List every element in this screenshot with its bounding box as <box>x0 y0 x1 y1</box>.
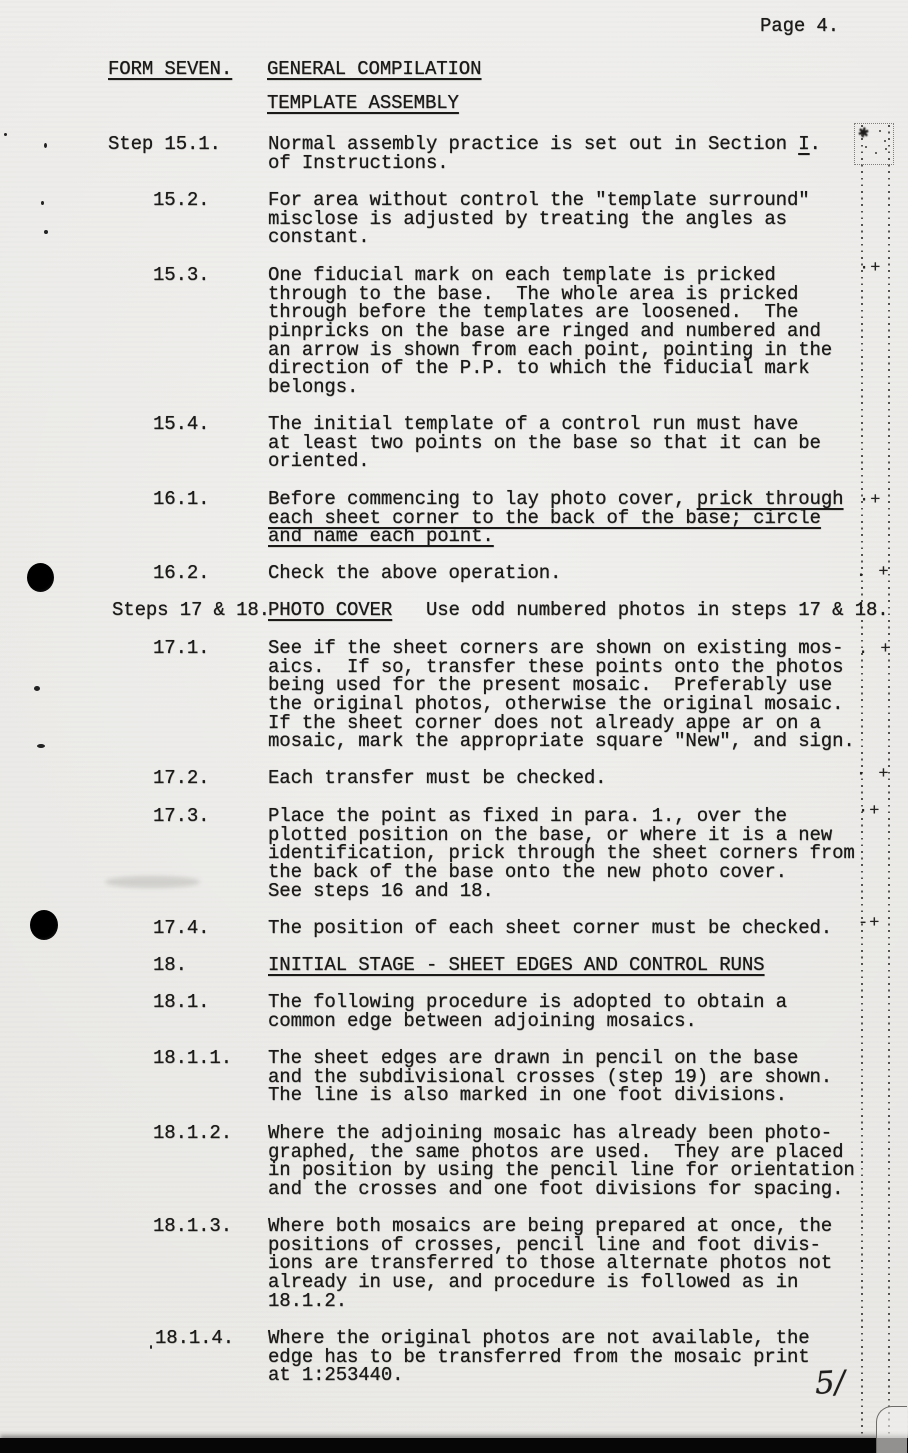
margin-plus-mark: · + <box>856 766 890 785</box>
step-text: Where the adjoining mosaic has already b… <box>268 1124 855 1199</box>
document-title: GENERAL COMPILATION <box>267 60 481 79</box>
step-number: 18.1.1. <box>153 1049 232 1068</box>
step-number: Steps 17 & 18. <box>112 601 270 620</box>
form-label: FORM SEVEN. <box>108 60 232 79</box>
hole-punch <box>27 563 54 592</box>
step-text: One fiducial mark on each template is pr… <box>268 266 832 397</box>
text-segment: already in use, and procedure is followe… <box>268 1271 798 1293</box>
step-number: 17.3. <box>153 807 209 826</box>
ink-speck <box>41 201 44 205</box>
text-segment: See steps 16 and 18. <box>268 880 494 902</box>
text-line: belongs. <box>268 378 832 397</box>
underlined-text: INITIAL STAGE - SHEET EDGES AND CONTROL … <box>268 954 764 976</box>
ink-speck <box>37 744 45 748</box>
step-number: 18.1.2. <box>153 1124 232 1143</box>
step-number: 18. <box>153 956 187 975</box>
step-text: Check the above operation. <box>268 564 561 583</box>
step-text: Normal assembly practice is set out in S… <box>268 135 821 172</box>
step-text: INITIAL STAGE - SHEET EDGES AND CONTROL … <box>268 956 764 975</box>
ink-speck <box>34 686 40 691</box>
scribble-dot <box>879 130 881 132</box>
step-number: 15.3. <box>153 266 209 285</box>
text-segment: . <box>810 133 821 155</box>
scribble-dot <box>885 148 887 150</box>
margin-plus-mark: ·+ <box>858 803 880 822</box>
underlined-text: and name each point. <box>268 525 494 547</box>
text-line: See steps 16 and 18. <box>268 882 855 901</box>
step-number: 18.1.4. <box>155 1329 234 1348</box>
text-segment: at 1:253440. <box>268 1364 403 1386</box>
text-line: mosaic, mark the appropriate square "New… <box>268 732 855 751</box>
step-number: 16.1. <box>153 490 209 509</box>
text-segment: of Instructions. <box>268 152 449 174</box>
ink-speck <box>44 143 47 148</box>
margin-plus-mark: . + <box>856 564 890 583</box>
text-line: The position of each sheet corner must b… <box>268 919 832 938</box>
step-number: Step 15.1. <box>108 135 221 154</box>
step-number: 17.2. <box>153 769 209 788</box>
step-text: The following procedure is adopted to ob… <box>268 993 787 1030</box>
step-text: PHOTO COVER Use odd numbered photos in s… <box>268 601 889 620</box>
text-line: oriented. <box>268 452 821 471</box>
margin-plus-mark: ·+ <box>859 492 881 511</box>
text-line: at 1:253440. <box>268 1366 810 1385</box>
text-segment: Each transfer must be checked. <box>268 767 606 789</box>
hole-punch <box>30 910 58 940</box>
text-line: common edge between adjoining mosaics. <box>268 1012 787 1031</box>
step-text: For area without control the "template s… <box>268 191 810 247</box>
margin-plus-mark: -+ <box>858 915 880 934</box>
text-segment: The line is also marked in one foot divi… <box>268 1084 787 1106</box>
text-segment: Check the above operation. <box>268 562 561 584</box>
scribble-asterisk-mark: ✱ <box>856 124 870 144</box>
pencil-smudge <box>105 876 200 888</box>
step-text: Where the original photos are not availa… <box>268 1329 810 1385</box>
text-segment: constant. <box>268 226 370 248</box>
step-text: Each transfer must be checked. <box>268 769 606 788</box>
page-corner-curl <box>876 1406 907 1453</box>
text-line: and the crosses and one foot divisions f… <box>268 1180 855 1199</box>
step-text: See if the sheet corners are shown on ex… <box>268 639 855 751</box>
text-segment: Use odd numbered photos in steps 17 & 18… <box>392 599 888 621</box>
step-number: 15.4. <box>153 415 209 434</box>
scanned-document-page: Page 4. FORM SEVEN. GENERAL COMPILATION … <box>0 0 908 1453</box>
text-segment: The position of each sheet corner must b… <box>268 917 832 939</box>
text-segment: belongs. <box>268 376 358 398</box>
text-segment: and the crosses and one foot divisions f… <box>268 1178 843 1200</box>
handwritten-page-mark: 5/ <box>815 1373 846 1393</box>
step-number: 18.1. <box>153 993 209 1012</box>
step-number: 17.4. <box>153 919 209 938</box>
scribble-dot <box>875 152 877 154</box>
text-line: PHOTO COVER Use odd numbered photos in s… <box>268 601 889 620</box>
page-number: Page 4. <box>760 17 839 36</box>
margin-plus-mark: . + <box>858 641 892 660</box>
text-line: and name each point. <box>268 527 843 546</box>
text-segment: oriented. <box>268 450 370 472</box>
step-text: Place the point as fixed in para. 1., ov… <box>268 807 855 900</box>
scan-edge-bar <box>0 1438 908 1453</box>
pencil-scribble: ✱ <box>854 123 894 165</box>
text-line: Check the above operation. <box>268 564 561 583</box>
text-line: The line is also marked in one foot divi… <box>268 1086 832 1105</box>
text-line: already in use, and procedure is followe… <box>268 1273 832 1292</box>
text-segment: 18.1.2. <box>268 1290 347 1312</box>
document-subtitle: TEMPLATE ASSEMBLY <box>267 94 459 113</box>
text-line: INITIAL STAGE - SHEET EDGES AND CONTROL … <box>268 956 764 975</box>
ink-speck <box>44 230 48 234</box>
step-text: The sheet edges are drawn in pencil on t… <box>268 1049 832 1105</box>
step-number: 18.1.3. <box>153 1217 232 1236</box>
step-text: The position of each sheet corner must b… <box>268 919 832 938</box>
margin-plus-mark: ·+ <box>859 260 881 279</box>
text-line: Each transfer must be checked. <box>268 769 606 788</box>
scribble-dot <box>865 146 867 148</box>
step-number: 17.1. <box>153 639 209 658</box>
step-number: 16.2. <box>153 564 209 583</box>
text-line: constant. <box>268 228 810 247</box>
step-text: The initial template of a control run mu… <box>268 415 821 471</box>
underlined-text: PHOTO COVER <box>268 599 392 621</box>
text-segment: common edge between adjoining mosaics. <box>268 1010 697 1032</box>
text-line: of Instructions. <box>268 154 821 173</box>
step-text: Before commencing to lay photo cover, pr… <box>268 490 843 546</box>
step-text: Where both mosaics are being prepared at… <box>268 1217 832 1310</box>
underlined-text: I <box>798 133 809 155</box>
text-line: 18.1.2. <box>268 1292 832 1311</box>
ink-speck <box>150 1345 152 1349</box>
scribble-dot <box>861 134 863 136</box>
scribble-dot <box>884 140 886 142</box>
text-segment: mosaic, mark the appropriate square "New… <box>268 730 855 752</box>
step-number: 15.2. <box>153 191 209 210</box>
ink-speck <box>4 133 7 136</box>
